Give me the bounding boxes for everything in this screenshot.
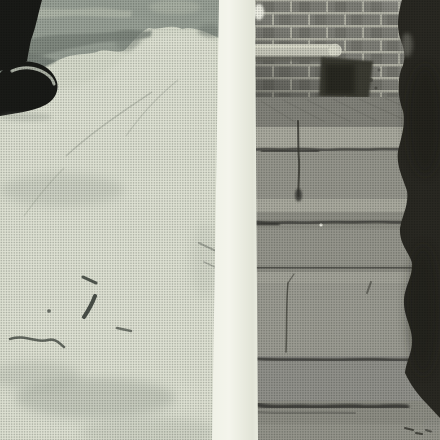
scan-page: [0, 0, 440, 440]
drip-stain: [298, 121, 299, 196]
shoe-ground-shadow: [0, 113, 52, 121]
photo-left-image: [0, 0, 219, 440]
silhouette-gray-notch: [402, 33, 413, 57]
photo-right: [255, 0, 440, 440]
photo-right-image: [255, 0, 440, 440]
photo-left: [0, 0, 219, 440]
